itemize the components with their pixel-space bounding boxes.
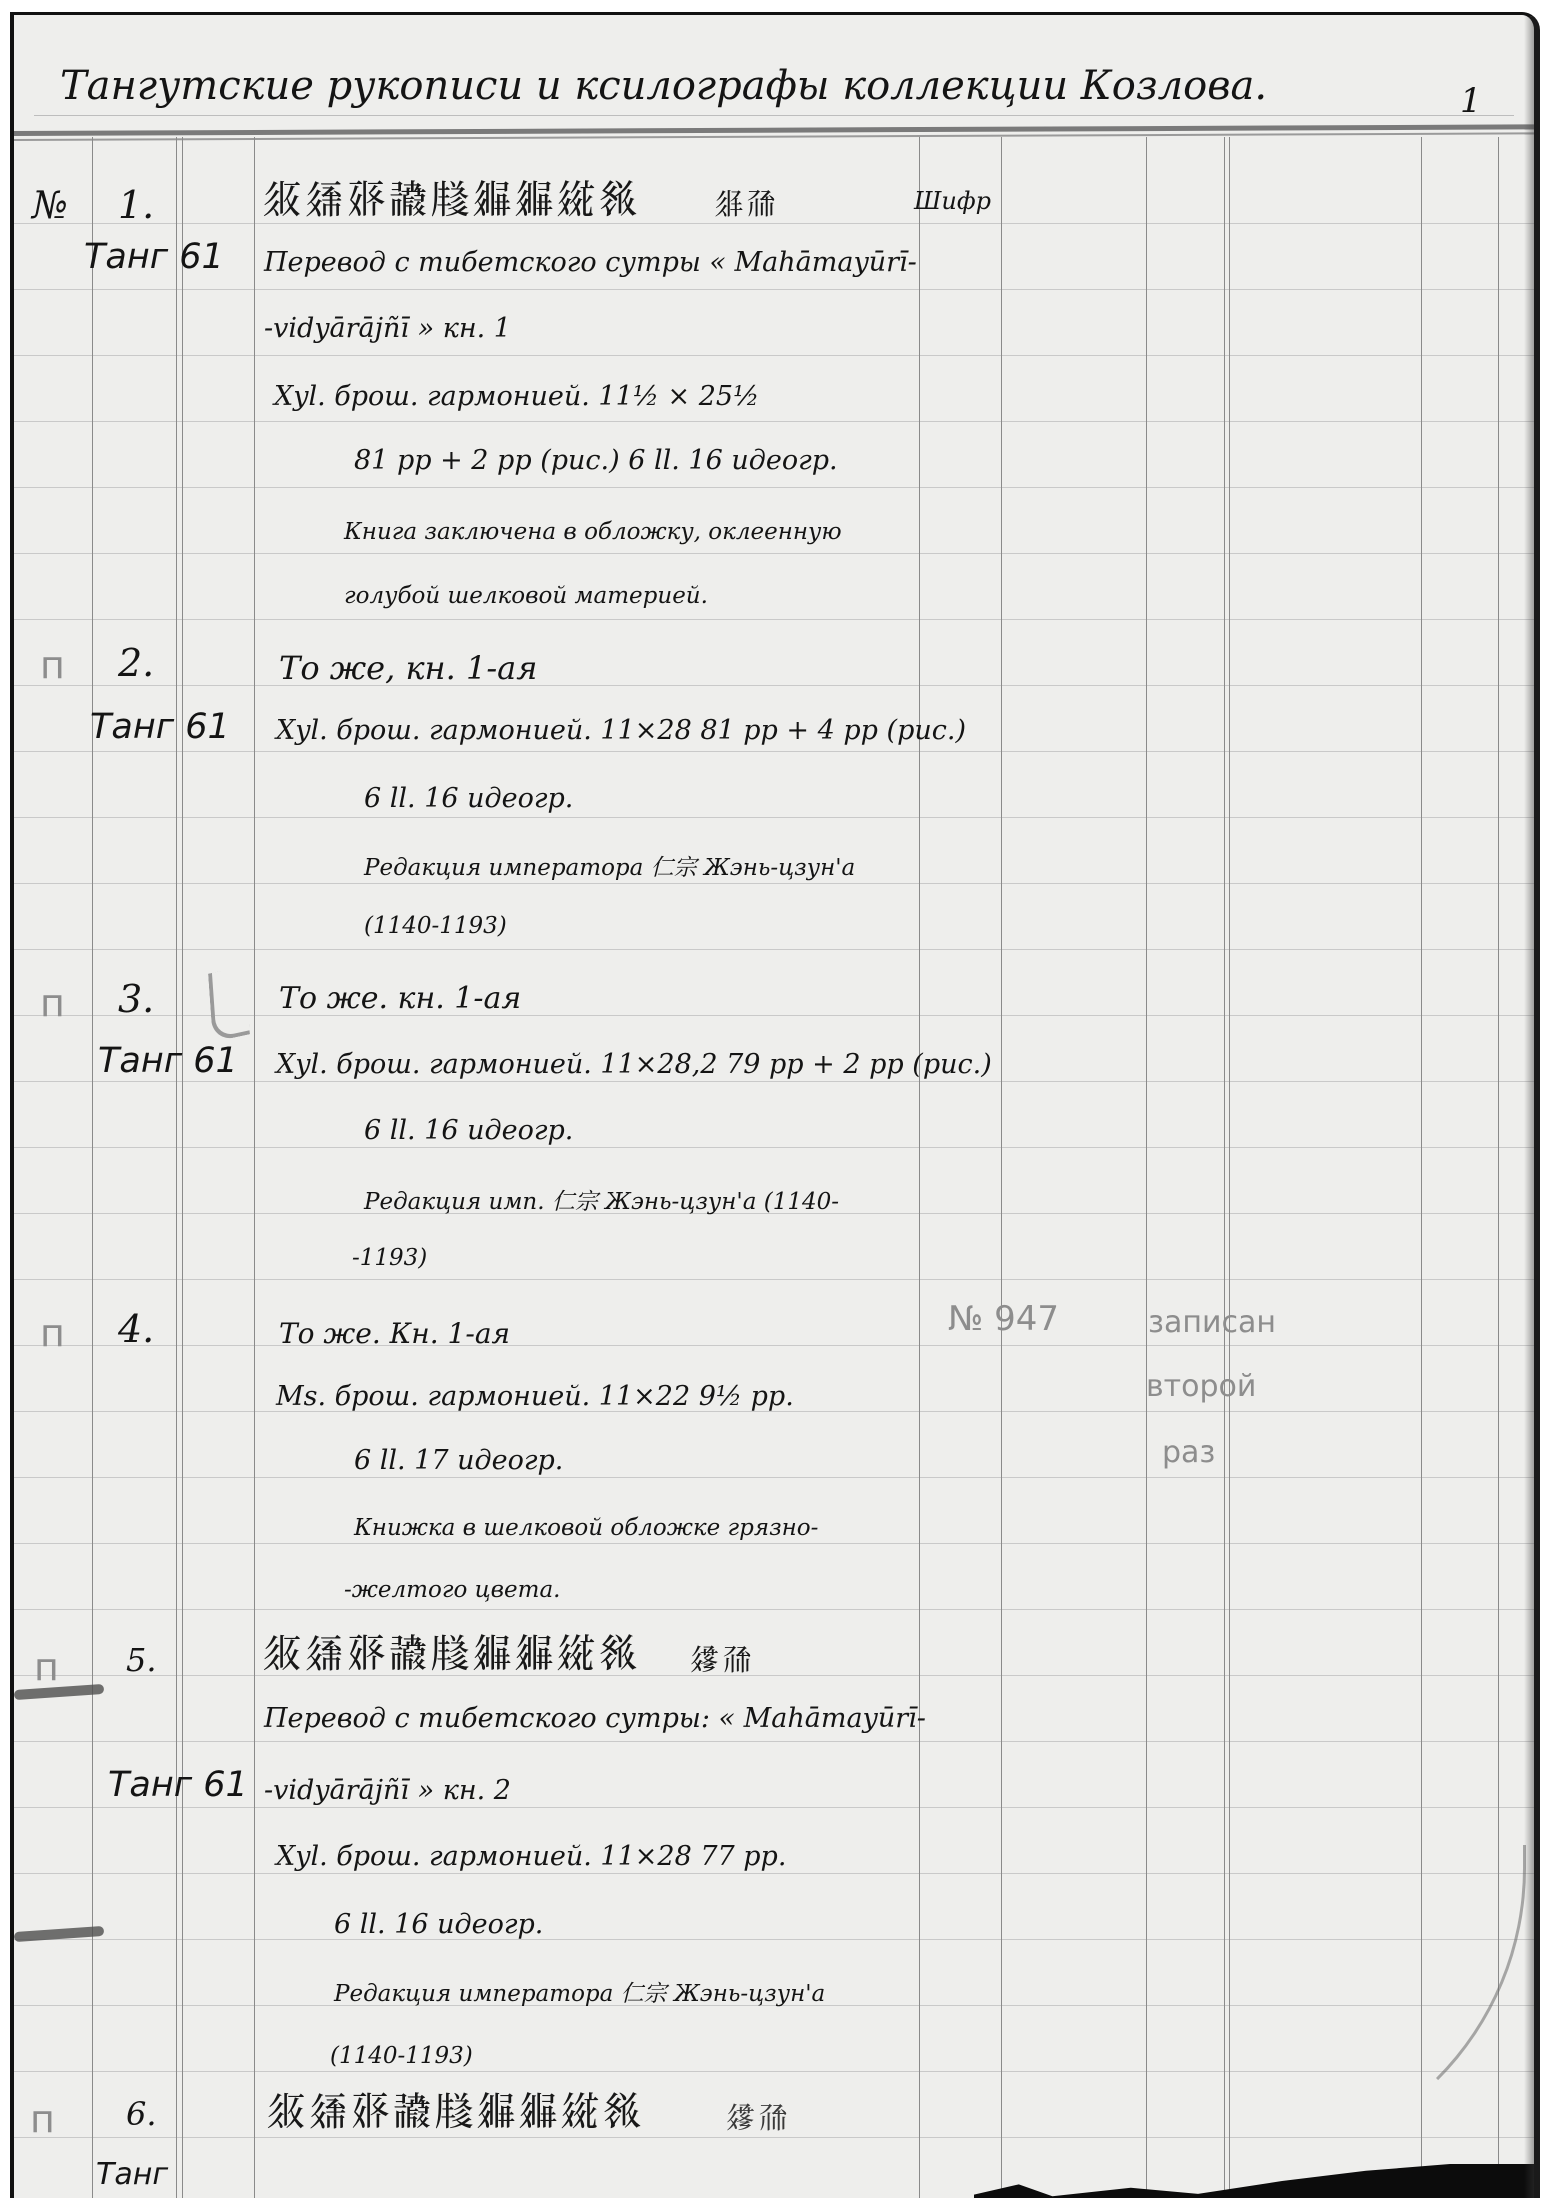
entry-line: 6 ll. 16 идеогр. <box>364 1115 573 1146</box>
ruled-line <box>14 1345 1534 1346</box>
entry-line: (1140-1193) <box>330 2043 473 2069</box>
entry-line: -1193) <box>352 1245 427 1271</box>
entry-number: 1. <box>118 183 154 227</box>
column-line <box>1146 137 1147 2198</box>
entry-line: -vidyārājñī » кн. 1 <box>264 313 511 344</box>
entry-heading: То же. кн. 1-ая <box>279 981 521 1016</box>
column-line <box>919 137 920 2198</box>
entry-number: 4. <box>118 1307 154 1351</box>
entry-number: 2. <box>118 641 154 685</box>
ruled-line <box>14 619 1534 620</box>
entry-line: Перевод с тибетского сутры « Mahāmayūrī- <box>264 247 917 278</box>
entry-number: 6. <box>126 2095 157 2133</box>
ruled-line <box>14 751 1534 752</box>
entry-marker: п <box>40 1311 65 1355</box>
entry-line: Редакция имп. 仁宗 Жэнь-цзун'а (1140- <box>364 1183 839 1216</box>
ruled-line <box>14 685 1534 686</box>
entry-line: (1140-1193) <box>364 913 507 939</box>
tangut-title: 𗼇𗥎𗡡𘄒𗹦𗦬𗦬𗦲𗬩 <box>262 1631 640 1677</box>
ruled-line <box>14 421 1534 422</box>
tangut-suffix: 𗧘𗗙 <box>726 2101 790 2136</box>
cipher-column-header: Шифр <box>914 187 991 215</box>
ruled-line <box>14 1279 1534 1280</box>
tangut-title: 𗼇𗥎𗡡𘄒𗹦𗦬𗦬𗦲𗬩 <box>266 2089 644 2135</box>
entry-line: Ms. брош. гармонией. 11×22 9½ pp. <box>276 1381 794 1412</box>
ruled-line <box>14 1807 1534 1808</box>
column-line <box>1001 137 1002 2198</box>
column-line <box>254 137 255 2198</box>
tangut-suffix: 𗼋𗗙 <box>714 187 778 222</box>
document-title: Тангутские рукописи и ксилографы коллекц… <box>60 63 1267 109</box>
shelfmark: Танг 61 <box>108 1765 248 1805</box>
entry-line: 81 pp + 2 pp (рис.) 6 ll. 16 идеогр. <box>354 445 838 476</box>
entry-marker: п <box>40 643 65 687</box>
ruled-line <box>14 289 1534 290</box>
ruled-line <box>14 817 1534 818</box>
shelfmark: Танг 61 <box>90 707 230 747</box>
shelfmark: Танг 61 <box>84 237 224 277</box>
ruled-line <box>14 355 1534 356</box>
pencil-note-line: раз <box>1162 1435 1215 1470</box>
page-fold <box>1203 1845 1526 2168</box>
ruled-line <box>14 1543 1534 1544</box>
entry-number: 3. <box>118 977 154 1021</box>
shelfmark: Танг 61 <box>98 1041 238 1081</box>
entry-line: Xyl. брош. гармонией. 11×28 81 pp + 4 pp… <box>276 715 966 746</box>
pencil-note-line: второй <box>1146 1369 1256 1404</box>
entry-line: Перевод с тибетского сутры: « Mahāmayūrī… <box>264 1703 926 1734</box>
page-smudge <box>14 1684 104 1700</box>
ruled-line <box>14 1081 1534 1082</box>
entry-heading: То же. Кн. 1-ая <box>279 1317 510 1350</box>
ruled-line <box>14 1609 1534 1610</box>
pencil-note-ref: № 947 <box>948 1299 1059 1339</box>
column-line <box>182 137 183 2198</box>
entry-line: Книжка в шелковой обложке грязно- <box>354 1515 818 1541</box>
pencil-note-line: записан <box>1148 1305 1276 1340</box>
entry-line: Редакция императора 仁宗 Жэнь-цзун'а <box>364 849 855 882</box>
entry-marker: п <box>30 2097 55 2141</box>
entry-heading: То же, кн. 1-ая <box>279 649 537 687</box>
entry-line: 6 ll. 16 идеогр. <box>334 1909 543 1940</box>
ledger-page: Тангутские рукописи и ксилографы коллекц… <box>10 12 1540 2198</box>
column-line <box>176 137 177 2198</box>
entry-line: Xyl. брош. гармонией. 11×28,2 79 pp + 2 … <box>276 1049 992 1080</box>
column-line <box>92 137 93 2198</box>
entry-line: Редакция императора 仁宗 Жэнь-цзун'а <box>334 1975 825 2008</box>
pencil-checkmark-icon <box>208 966 250 1042</box>
ruled-line <box>14 883 1534 884</box>
ruled-line <box>14 1675 1534 1676</box>
ruled-line <box>14 553 1534 554</box>
entry-marker: п <box>34 1645 59 1689</box>
torn-edge <box>974 2164 1534 2198</box>
title-baseline <box>34 115 1514 116</box>
entry-number: 5. <box>126 1641 157 1679</box>
entry-line: 6 ll. 16 идеогр. <box>364 783 573 814</box>
ruled-line <box>14 1147 1534 1148</box>
tangut-suffix: 𗧘𗗙 <box>690 1643 754 1678</box>
shelfmark: Танг <box>96 2157 168 2192</box>
entry-line: 6 ll. 17 идеогр. <box>354 1445 563 1476</box>
ruled-line <box>14 223 1534 224</box>
entry-line: -желтого цвета. <box>344 1577 561 1603</box>
entry-line: голубой шелковой материей. <box>344 583 708 609</box>
entry-line: -vidyārājñī » кн. 2 <box>264 1775 511 1806</box>
entry-marker: п <box>40 981 65 1025</box>
tangut-title: 𗼇𗥎𗡡𘄒𗹦𗦬𗦬𗦲𗬩 <box>262 177 640 223</box>
entry-line: Xyl. брош. гармонией. 11×28 77 pp. <box>276 1841 786 1872</box>
ruled-line <box>14 1477 1534 1478</box>
entry-line: Xyl. брош. гармонией. 11½ × 25½ <box>274 381 759 412</box>
ruled-line <box>14 1741 1534 1742</box>
ruled-line <box>14 949 1534 950</box>
entry-marker: № <box>32 183 68 227</box>
entry-line: Книга заключена в обложку, оклеенную <box>344 519 842 545</box>
ruled-line <box>14 487 1534 488</box>
